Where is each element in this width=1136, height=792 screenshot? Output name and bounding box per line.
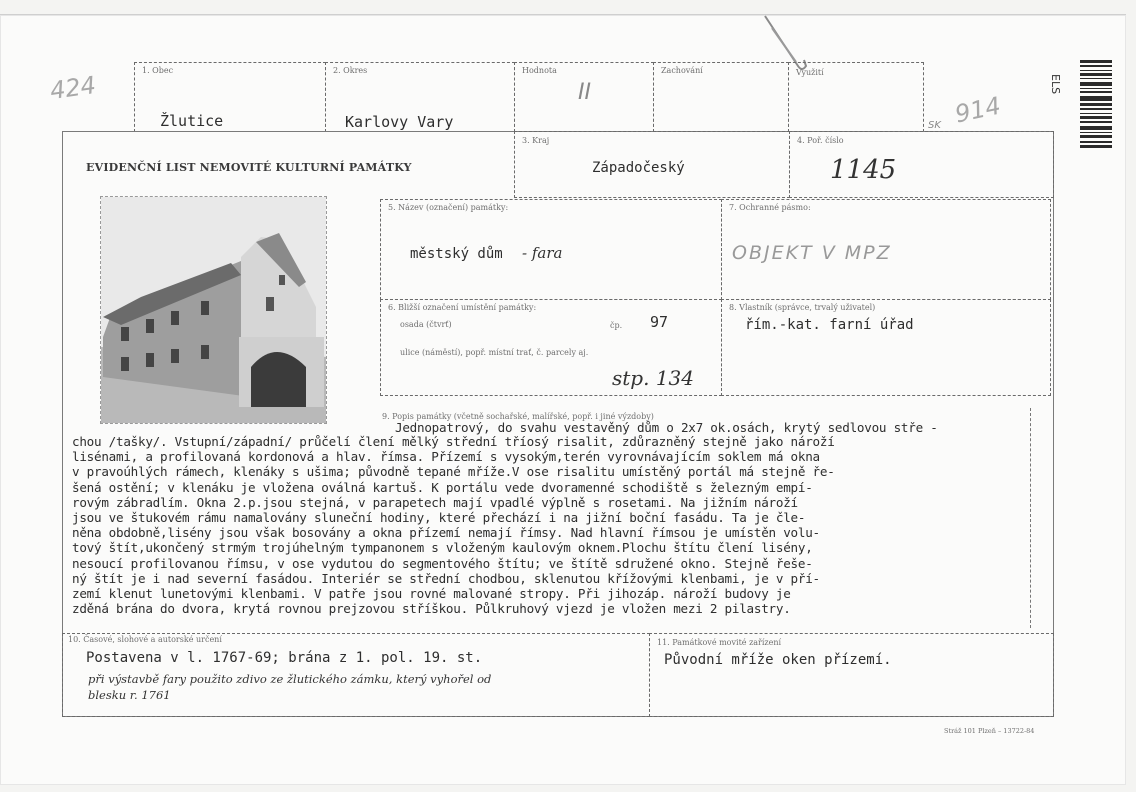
field-hodnota-value: II (578, 80, 591, 105)
field-urceni-hand-1: při výstavbě fary použito zdivo ze žluti… (88, 672, 491, 686)
field-movite-zarizeni-value: Původní mříže oken přízemí. (664, 652, 892, 668)
field-urceni-value: Postavena v l. 1767-69; brána z 1. pol. … (86, 650, 482, 666)
field-popis-line: rovým zábradlím. Okna 2.p.jsou stejná, v… (72, 496, 798, 510)
field-obec-label: 1. Obec (142, 66, 173, 75)
pencil-note-sk: SK (928, 120, 941, 131)
field-parcela-value: stp. 134 (612, 366, 694, 390)
field-por-cislo-value: 1145 (830, 155, 896, 185)
field-ochranne-pasmo-label: 7. Ochranné pásmo: (729, 203, 811, 212)
printer-note: Stráž 101 Plzeň – 13722-84 (944, 727, 1034, 735)
field-popis-line: chou /tašky/. Vstupní/západní/ průčelí č… (72, 435, 835, 449)
field-vlastnik (721, 299, 1051, 396)
field-cp-label: čp. (610, 321, 622, 330)
field-popis-line: v pravoúhlých rámech, klenáky s ušima; p… (72, 465, 835, 479)
field-ulice-label: ulice (náměstí), popř. místní trať, č. p… (400, 348, 588, 357)
field-ochranne-pasmo-value: OBJEKT V MPZ (732, 242, 892, 264)
field-vlastnik-value: řím.-kat. farní úřad (745, 317, 914, 333)
field-zachovani-label: Zachování (661, 66, 703, 75)
field-popis-line: šená ostění; v klenáku je vložena oválná… (72, 481, 813, 495)
field-popis-first-line: Jednopatrový, do svahu vestavěný dům o 2… (395, 420, 938, 435)
field-okres-label: 2. Okres (333, 66, 367, 75)
field-urceni-hand-2: blesku r. 1761 (88, 688, 171, 702)
field-popis-line: něna obdobně,lisény jsou však bosovány a… (72, 526, 820, 540)
field-movite-zarizeni-label: 11. Památkové movité zařízení (657, 638, 781, 647)
field-por-cislo-label: 4. Poř. číslo (797, 136, 844, 145)
field-cp-value: 97 (650, 313, 668, 331)
field-hodnota-label: Hodnota (522, 66, 557, 75)
field-popis-line: nesoucí profilovanou římsu, v ose vyduto… (72, 557, 813, 571)
barcode-label: ELS (1049, 74, 1062, 94)
monument-photo (100, 196, 327, 424)
field-umisteni-label: 6. Bližší označení umístění památky: (388, 303, 536, 312)
field-popis-line: zemí klenut lunetovými klenbami. V patře… (72, 587, 791, 601)
building-photo-icon (101, 197, 327, 424)
field-kraj-label: 3. Kraj (522, 136, 549, 145)
field-vyuziti-label: Využití (796, 68, 824, 77)
field-popis-line: lisénami, a profilovaná kordonová a hlav… (72, 450, 820, 464)
field-popis-line: tový štít,ukončený strmým trojúhelným ty… (72, 541, 813, 555)
field-popis-line: zděná brána do dvora, krytá rovnou prejz… (72, 602, 791, 616)
field-nazev-label: 5. Název (označení) památky: (388, 203, 508, 212)
field-okres-value: Karlovy Vary (345, 113, 453, 131)
field-nazev-value-hand: - fara (522, 244, 562, 262)
field-popis-line: jsou ve štukovém rámu namalovány slunečn… (72, 511, 805, 525)
field-osada-label: osada (čtvrť) (400, 320, 452, 329)
field-urceni-label: 10. Časové, slohové a autorské určení (68, 635, 222, 644)
field-nazev-value: městský dům (410, 246, 503, 262)
field-obec-value: Žlutice (160, 112, 223, 130)
field-vlastnik-label: 8. Vlastník (správce, trvalý uživatel) (729, 303, 875, 312)
field-popis-line: ný štít je i nad severní fasádou. Interi… (72, 572, 820, 586)
form-title: EVIDENČNÍ LIST NEMOVITÉ KULTURNÍ PAMÁTKY (86, 161, 412, 174)
field-popis-divider (1030, 408, 1031, 628)
field-kraj-value: Západočeský (592, 160, 685, 176)
barcode (1080, 60, 1114, 148)
